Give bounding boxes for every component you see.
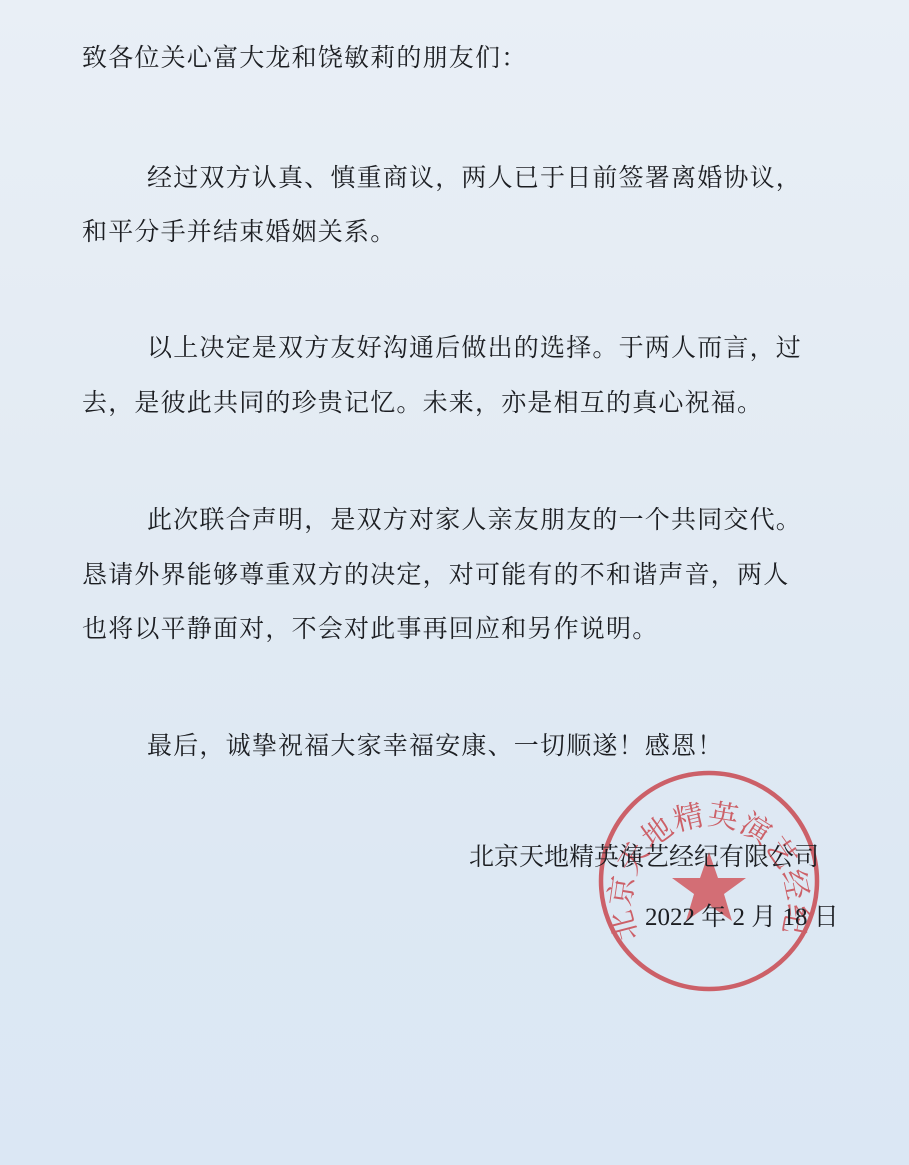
paragraph-line: 去，是彼此共同的珍贵记忆。未来，亦是相互的真心祝福。 — [82, 388, 763, 418]
company-seal: 北京天地精英演艺经纪有限公司 — [596, 768, 822, 994]
paragraph-line: 也将以平静面对，不会对此事再回应和另作说明。 — [82, 614, 658, 644]
statement-document: 致各位关心富大龙和饶敏莉的朋友们： 经过双方认真、慎重商议，两人已于日前签署离婚… — [0, 0, 909, 1165]
paragraph-line: 恳请外界能够尊重双方的决定，对可能有的不和谐声音，两人 — [82, 560, 789, 590]
paragraph-line: 以上决定是双方友好沟通后做出的选择。于两人而言，过 — [147, 333, 802, 363]
company-name: 北京天地精英演艺经纪有限公司 — [469, 842, 819, 872]
signature-date: 2022 年 2 月 18 日 — [645, 903, 839, 933]
salutation: 致各位关心富大龙和饶敏莉的朋友们： — [82, 43, 527, 73]
paragraph-line: 最后，诚挚祝福大家幸福安康、一切顺遂！感恩！ — [147, 731, 723, 761]
paragraph-line: 经过双方认真、慎重商议，两人已于日前签署离婚协议， — [147, 163, 802, 193]
paragraph-line: 和平分手并结束婚姻关系。 — [82, 217, 396, 247]
paragraph-line: 此次联合声明，是双方对家人亲友朋友的一个共同交代。 — [147, 505, 802, 535]
